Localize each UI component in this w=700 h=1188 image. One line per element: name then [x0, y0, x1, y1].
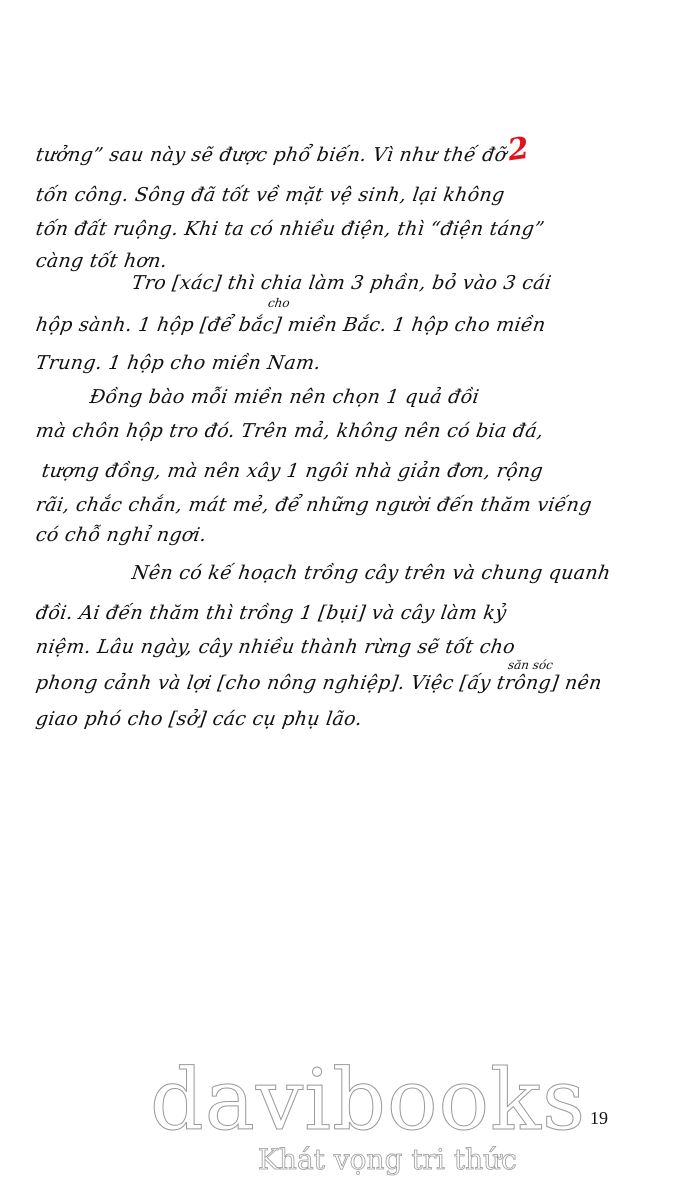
text-line: niệm. Lâu ngày, cây nhiều thành rừng sẽ … [34, 636, 516, 658]
text-line: tốn đất ruộng. Khi ta có nhiều điện, thì… [34, 218, 545, 240]
text-line: mà chôn hộp tro đó. Trên mả, không nên c… [34, 420, 545, 442]
text-line: Nên có kế hoạch trồng cây trên và chung … [130, 562, 612, 584]
text-line: Đồng bào mỗi miền nên chọn 1 quả đồi [88, 386, 480, 408]
manuscript-page: 2 tưởng” sau này sẽ được phổ biến. Vì nh… [0, 0, 700, 1188]
page-marker-red: 2 [506, 131, 532, 169]
text-line: tượng đồng, mà nên xây 1 ngôi nhà giản đ… [40, 460, 544, 482]
text-line: tưởng” sau này sẽ được phổ biến. Vì như … [34, 144, 508, 166]
text-line: phong cảnh và lợi [cho nông nghiệp]. Việ… [34, 672, 603, 694]
text-line: đồi. Ai đến thăm thì trồng 1 [bụi] và câ… [34, 602, 507, 624]
publisher-tagline: Khát vọng tri thức [258, 1146, 558, 1174]
publisher-watermark: davibooks [150, 1058, 550, 1142]
text-line: hộp sành. 1 hộp [để bắc] miền Bắc. 1 hộp… [34, 314, 547, 336]
insertion-text: săn sóc [507, 658, 554, 672]
page-number: 19 [590, 1108, 608, 1129]
text-line: tốn công. Sông đã tốt về mặt vệ sinh, lạ… [34, 184, 506, 206]
insertion-text: cho [267, 296, 291, 310]
text-line: rãi, chắc chắn, mát mẻ, để những người đ… [34, 494, 593, 516]
text-line: càng tốt hơn. [34, 250, 168, 272]
text-line: Tro [xác] thì chia làm 3 phần, bỏ vào 3 … [130, 272, 552, 294]
text-line: có chỗ nghỉ ngơi. [34, 524, 208, 546]
text-line: giao phó cho [sở] các cụ phụ lão. [34, 708, 363, 730]
text-line: Trung. 1 hộp cho miền Nam. [34, 352, 322, 374]
